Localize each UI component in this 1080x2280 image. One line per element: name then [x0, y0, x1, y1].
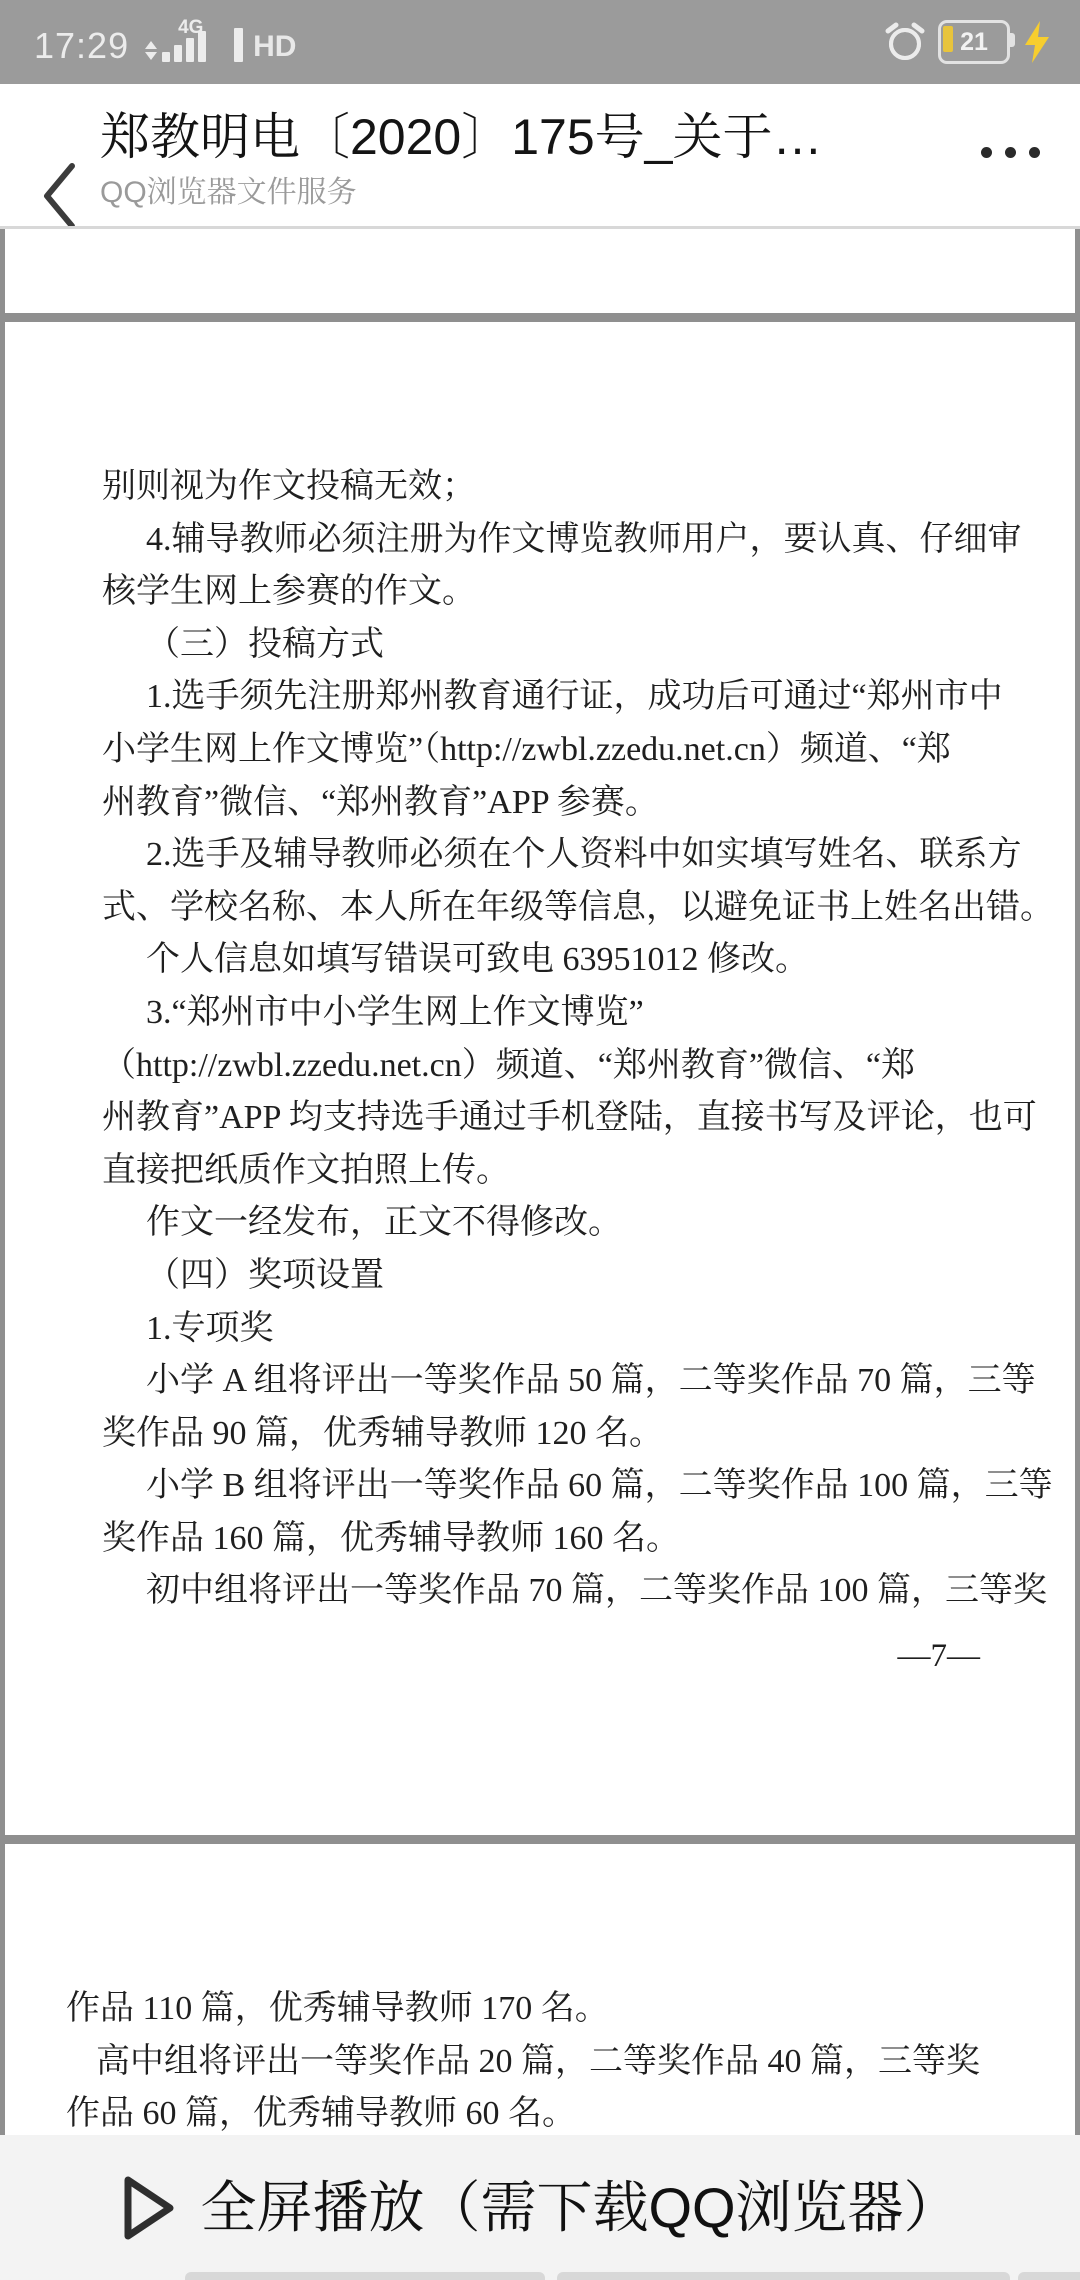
document-text-line: 2.选手及辅导教师必须在个人资料中如实填写姓名、联系方: [102, 829, 1015, 882]
document-text-line: 州教育”微信、“郑州教育”APP 参赛。: [102, 777, 1015, 830]
document-text-line: 作文一经发布，正文不得修改。: [102, 1197, 1015, 1250]
bottom-action-row: [0, 2272, 1080, 2280]
status-bar-left: 17:29 4G HD: [34, 20, 296, 64]
document-text-line: 初中组将评出一等奖作品 70 篇，二等奖作品 100 篇，三等奖: [102, 1565, 1015, 1618]
network-status: 4G HD: [145, 20, 296, 64]
document-viewer[interactable]: 别则视为作文投稿无效；4.辅导教师必须注册为作文博览教师用户，要认真、仔细审核学…: [0, 229, 1080, 2135]
sim2-signal-icon: [234, 28, 243, 62]
page-8-body: 作品 110 篇，优秀辅导教师 170 名。高中组将评出一等奖作品 20 篇，二…: [5, 1844, 1075, 2141]
bottom-action-button[interactable]: [557, 2272, 1010, 2280]
document-text-line: 小学生网上作文博览”（http://zwbl.zzedu.net.cn）频道、“…: [102, 724, 1015, 777]
document-page-fragment: [5, 229, 1075, 313]
document-text-line: 直接把纸质作文拍照上传。: [102, 1145, 1015, 1198]
document-text-line: （三）投稿方式: [102, 619, 1015, 672]
document-text-line: 个人信息如填写错误可致电 63951012 修改。: [102, 934, 1015, 987]
bottom-action-button[interactable]: [185, 2272, 545, 2280]
document-text-line: 1.选手须先注册郑州教育通行证，成功后可通过“郑州市中: [102, 671, 1015, 724]
service-subtitle: QQ浏览器文件服务: [100, 176, 357, 210]
play-icon: [120, 2172, 180, 2244]
document-text-line: 式、学校名称、本人所在年级等信息，以避免证书上姓名出错。: [102, 882, 1015, 935]
alarm-clock-icon: [884, 21, 926, 63]
data-activity-icon: [145, 41, 157, 60]
hd-voice-label: HD: [253, 32, 296, 62]
document-text-line: 小学 B 组将评出一等奖作品 60 篇，二等奖作品 100 篇，三等: [102, 1460, 1015, 1513]
play-bar-label: 全屏播放（需下载QQ浏览器）: [200, 2178, 959, 2238]
more-dots-icon: [981, 147, 992, 158]
document-text-line: 核学生网上参赛的作文。: [102, 566, 1015, 619]
battery-charge-fill: [943, 26, 953, 52]
document-text-line: 奖作品 160 篇，优秀辅导教师 160 名。: [102, 1513, 1015, 1566]
battery-icon: 21: [938, 20, 1010, 64]
status-bar-right: 21: [884, 20, 1052, 64]
page-7-body: 别则视为作文投稿无效；4.辅导教师必须注册为作文博览教师用户，要认真、仔细审核学…: [5, 322, 1075, 1618]
back-chevron-icon: [40, 161, 78, 231]
document-text-line: 高中组将评出一等奖作品 20 篇，二等奖作品 40 篇，三等奖: [66, 2036, 1015, 2089]
document-text-line: 作品 110 篇，优秀辅导教师 170 名。: [66, 1983, 1015, 2036]
battery-percent: 21: [960, 30, 988, 55]
document-text-line: 州教育”APP 均支持选手通过手机登陆，直接书写及评论，也可: [102, 1092, 1015, 1145]
back-button[interactable]: [40, 156, 100, 236]
document-text-line: 作品 60 篇，优秀辅导教师 60 名。: [66, 2088, 1015, 2141]
document-text-line: 别则视为作文投稿无效；: [102, 461, 1015, 514]
fullscreen-play-bar[interactable]: 全屏播放（需下载QQ浏览器）: [0, 2135, 1080, 2280]
file-viewer-header: 郑教明电〔2020〕175号_关于… QQ浏览器文件服务: [0, 84, 1080, 227]
document-text-line: 4.辅导教师必须注册为作文博览教师用户，要认真、仔细审: [102, 514, 1015, 567]
status-bar: 17:29 4G HD 21: [0, 0, 1080, 84]
more-menu-button[interactable]: [960, 132, 1040, 172]
bottom-action-button[interactable]: [1018, 2272, 1080, 2280]
document-page-8: 作品 110 篇，优秀辅导教师 170 名。高中组将评出一等奖作品 20 篇，二…: [5, 1844, 1075, 2135]
charging-bolt-icon: [1022, 20, 1052, 64]
document-text-line: 奖作品 90 篇，优秀辅导教师 120 名。: [102, 1408, 1015, 1461]
document-title: 郑教明电〔2020〕175号_关于…: [100, 106, 900, 168]
document-text-line: 3.“郑州市中小学生网上作文博览”: [102, 987, 1015, 1040]
signal-strength-icon: 4G: [162, 20, 226, 64]
document-page-7: 别则视为作文投稿无效；4.辅导教师必须注册为作文博览教师用户，要认真、仔细审核学…: [5, 322, 1075, 1835]
document-text-line: 1.专项奖: [102, 1303, 1015, 1356]
status-time: 17:29: [34, 28, 129, 64]
document-text-line: （http://zwbl.zzedu.net.cn）频道、“郑州教育”微信、“郑: [102, 1040, 1015, 1093]
page-number: —7—: [5, 1638, 1075, 1675]
document-text-line: 小学 A 组将评出一等奖作品 50 篇，二等奖作品 70 篇，三等: [102, 1355, 1015, 1408]
document-text-line: （四）奖项设置: [102, 1250, 1015, 1303]
